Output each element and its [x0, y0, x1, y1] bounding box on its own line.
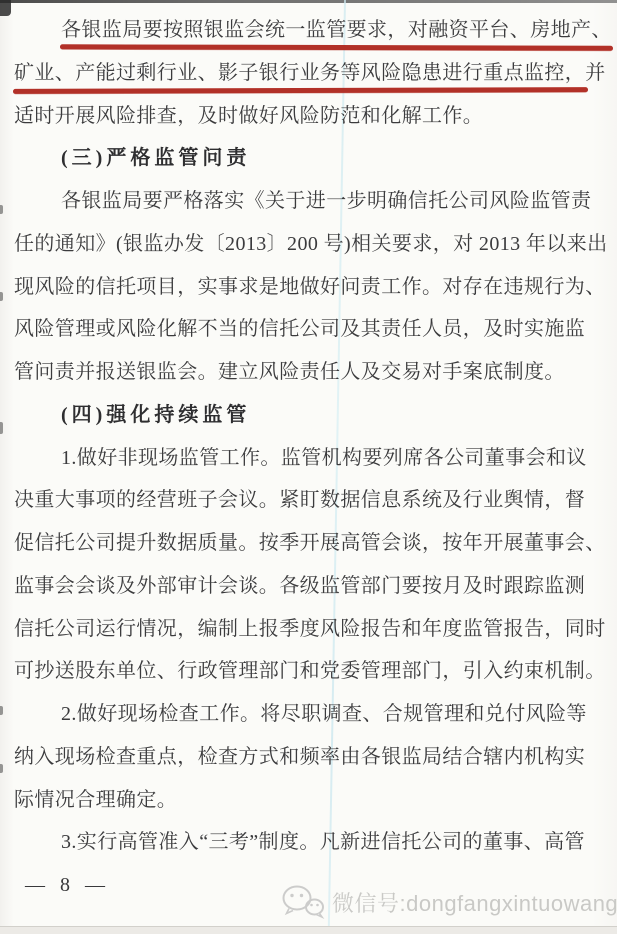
text-line: 现风险的信托项目，实事求是地做好问责工作。对存在违规行为、: [14, 266, 614, 309]
scan-speck: [0, 292, 3, 301]
text-line: 纳入现场检查重点，检查方式和频率由各银监局结合辖内机构实: [14, 736, 614, 779]
text-line: 各银监局要按照银监会统一监管要求，对融资平台、房地产、: [14, 9, 614, 52]
text-line: 信托公司运行情况，编制上报季度风险报告和年度监管报告，同时: [14, 608, 614, 651]
text-line: 决重大事项的经营班子会议。紧盯数据信息系统及行业舆情，督: [14, 479, 614, 522]
text-line: 促信托公司提升数据质量。按季开展高管会谈，按年开展董事会、: [14, 522, 614, 565]
text-line: 1.做好非现场监管工作。监管机构要列席各公司董事会和议: [14, 437, 614, 480]
wechat-icon: [281, 884, 325, 920]
text-line: 可抄送股东单位、行政管理部门和党委管理部门，引入约束机制。: [14, 650, 614, 693]
text-line: 任的通知》(银监办发〔2013〕200 号)相关要求，对 2013 年以来出: [14, 223, 614, 266]
text-line: 3.实行高管准入“三考”制度。凡新进信托公司的董事、高管: [14, 821, 614, 864]
text-line: 管问责并报送银监会。建立风险责任人及交易对手案底制度。: [14, 351, 614, 394]
text-line: 风险管理或风险化解不当的信托公司及其责任人员，及时实施监: [14, 308, 614, 351]
scan-speck: [0, 764, 3, 773]
text-line: 2.做好现场检查工作。将尽职调查、合规管理和兑付风险等: [14, 693, 614, 736]
scan-edge-bottom: [0, 926, 617, 934]
scanned-document-page: { "page": { "background": "#fbfbf8", "te…: [0, 0, 617, 934]
text-line: 矿业、产能过剩行业、影子银行业务等风险隐患进行重点监控，并: [14, 52, 614, 95]
section-heading-3: (三)严格监管问责: [14, 137, 614, 180]
scan-speck: [0, 422, 3, 434]
document-body: 各银监局要按照银监会统一监管要求，对融资平台、房地产、 矿业、产能过剩行业、影子…: [14, 9, 614, 864]
text-line: 际情况合理确定。: [14, 779, 614, 822]
scan-edge-top: [0, 0, 617, 3]
text-line: 适时开展风险排查，及时做好风险防范和化解工作。: [14, 95, 614, 138]
section-heading-4: (四)强化持续监管: [14, 394, 614, 437]
watermark-label: 微信号:dongfangxintuowang: [332, 887, 617, 918]
scan-speck: [0, 205, 3, 214]
text-line: 各银监局要严格落实《关于进一步明确信托公司风险监管责: [14, 180, 614, 223]
page-number: — 8 —: [25, 874, 107, 897]
scan-edge-corner: [0, 0, 11, 16]
scan-speck: [0, 706, 3, 715]
text-line: 监事会会谈及外部审计会谈。各级监管部门要按月及时跟踪监测: [14, 565, 614, 608]
watermark: 微信号:dongfangxintuowang: [281, 884, 617, 920]
